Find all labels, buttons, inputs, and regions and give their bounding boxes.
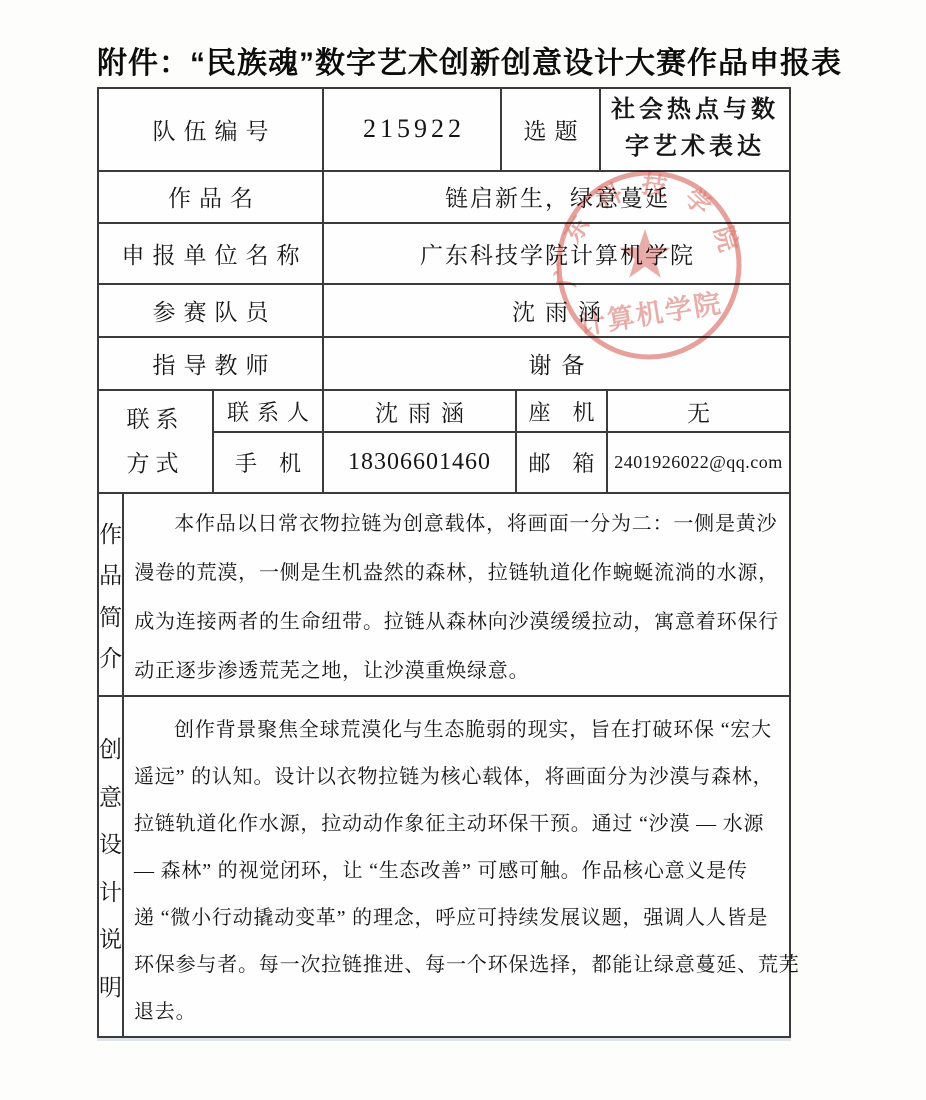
members-label: 参赛队员 [99, 285, 324, 337]
table-row: 作品名 链启新生，绿意蔓延 [99, 172, 789, 224]
work-intro-vertical-label: 作 品 简 介 [99, 494, 124, 695]
document-title: 附件：“民族魂”数字艺术创新创意设计大赛作品申报表 [97, 38, 791, 82]
vertical-label-char: 作 [99, 516, 122, 549]
contact-row-mobile: 手 机 18306601460 邮 箱 2401926022@qq.com [214, 433, 789, 492]
intro-line: 本作品以日常衣物拉链为创意载体，将画面一分为二：一侧是黄沙 [134, 500, 779, 549]
design-description-text: 创作背景聚焦全球荒漠化与生态脆弱的现实，旨在打破环保 “宏大 遥远” 的认知。设… [124, 697, 810, 1036]
mobile-value: 18306601460 [324, 433, 517, 492]
topic-value-cell: 社会热点与数字艺术表达 [601, 89, 789, 170]
advisor-label: 指导教师 [99, 338, 324, 389]
intro-line: 动正逐步渗透荒芜之地，让沙漠重焕绿意。 [134, 647, 779, 696]
work-intro-text: 本作品以日常衣物拉链为创意载体，将画面一分为二：一侧是黄沙 漫卷的荒漠，一侧是生… [124, 494, 789, 695]
design-line: 遥远” 的认知。设计以衣物拉链为核心载体，将画面分为沙漠与森林， [134, 754, 800, 801]
work-intro-section: 作 品 简 介 本作品以日常衣物拉链为创意载体，将画面一分为二：一侧是黄沙 漫卷… [99, 494, 789, 697]
table-row: 指导教师 谢备 [99, 338, 789, 391]
vertical-label-char: 计 [99, 874, 122, 907]
design-line: 退去。 [134, 989, 800, 1036]
table-row: 队伍编号 215922 选题 社会热点与数字艺术表达 [99, 89, 789, 172]
team-number-value: 215922 [324, 89, 502, 170]
team-number-label: 队伍编号 [99, 89, 324, 170]
topic-value: 社会热点与数字艺术表达 [605, 92, 785, 166]
contact-rows: 联系人 沈雨涵 座 机 无 手 机 18306601460 邮 箱 240192… [214, 391, 789, 492]
unit-value: 广东科技学院计算机学院 [324, 224, 789, 283]
advisor-value: 谢备 [324, 338, 789, 389]
design-vertical-label: 创 意 设 计 说 明 [99, 697, 124, 1036]
vertical-label-char: 设 [99, 826, 122, 859]
table-row: 参赛队员 沈雨涵 [99, 285, 789, 339]
design-line: 拉链轨道化作水源，拉动动作象征主动环保干预。通过 “沙漠 — 水源 [134, 801, 800, 848]
vertical-label-char: 简 [99, 599, 122, 632]
members-value: 沈雨涵 [324, 285, 789, 337]
contact-group-label: 联系方式 [120, 398, 192, 486]
landline-label: 座 机 [517, 391, 608, 431]
vertical-label-char: 品 [99, 557, 122, 590]
table-row: 申报单位名称 广东科技学院计算机学院 [99, 224, 789, 285]
contact-block: 联系方式 联系人 沈雨涵 座 机 无 手 机 18306601460 邮 箱 2… [99, 391, 789, 494]
landline-value: 无 [608, 391, 789, 431]
vertical-label-char: 明 [99, 969, 122, 1002]
work-name-label: 作品名 [99, 172, 324, 222]
email-value: 2401926022@qq.com [608, 433, 789, 492]
contact-group-label-cell: 联系方式 [99, 391, 214, 492]
contact-row-person: 联系人 沈雨涵 座 机 无 [214, 391, 789, 433]
application-form-table: 队伍编号 215922 选题 社会热点与数字艺术表达 作品名 链启新生，绿意蔓延… [97, 87, 791, 1038]
vertical-label-char: 意 [99, 779, 122, 812]
design-line: 环保参与者。每一次拉链推进、每一个环保选择，都能让绿意蔓延、荒芜 [134, 942, 800, 989]
topic-label: 选题 [502, 89, 601, 170]
unit-label: 申报单位名称 [99, 224, 324, 283]
contact-person-label: 联系人 [214, 391, 324, 431]
scanned-application-form-page: 附件：“民族魂”数字艺术创新创意设计大赛作品申报表 队伍编号 215922 选题… [0, 0, 926, 1100]
intro-line: 成为连接两者的生命纽带。拉链从森林向沙漠缓缓拉动，寓意着环保行 [134, 598, 779, 647]
design-line: — 森林” 的视觉闭环，让 “生态改善” 可感可触。作品核心意义是传 [134, 848, 800, 895]
vertical-label-char: 介 [99, 640, 122, 673]
vertical-label-char: 创 [99, 731, 122, 764]
vertical-label-char: 说 [99, 921, 122, 954]
work-name-value: 链启新生，绿意蔓延 [324, 172, 789, 222]
contact-person-value: 沈雨涵 [324, 391, 517, 431]
mobile-label: 手 机 [214, 433, 324, 492]
design-description-section: 创 意 设 计 说 明 创作背景聚焦全球荒漠化与生态脆弱的现实，旨在打破环保 “… [99, 697, 789, 1036]
email-label: 邮 箱 [517, 433, 608, 492]
intro-line: 漫卷的荒漠，一侧是生机盎然的森林，拉链轨道化作蜿蜒流淌的水源， [134, 549, 779, 598]
design-line: 递 “微小行动撬动变革” 的理念，呼应可持续发展议题，强调人人皆是 [134, 895, 800, 942]
design-line: 创作背景聚焦全球荒漠化与生态脆弱的现实，旨在打破环保 “宏大 [134, 707, 800, 754]
